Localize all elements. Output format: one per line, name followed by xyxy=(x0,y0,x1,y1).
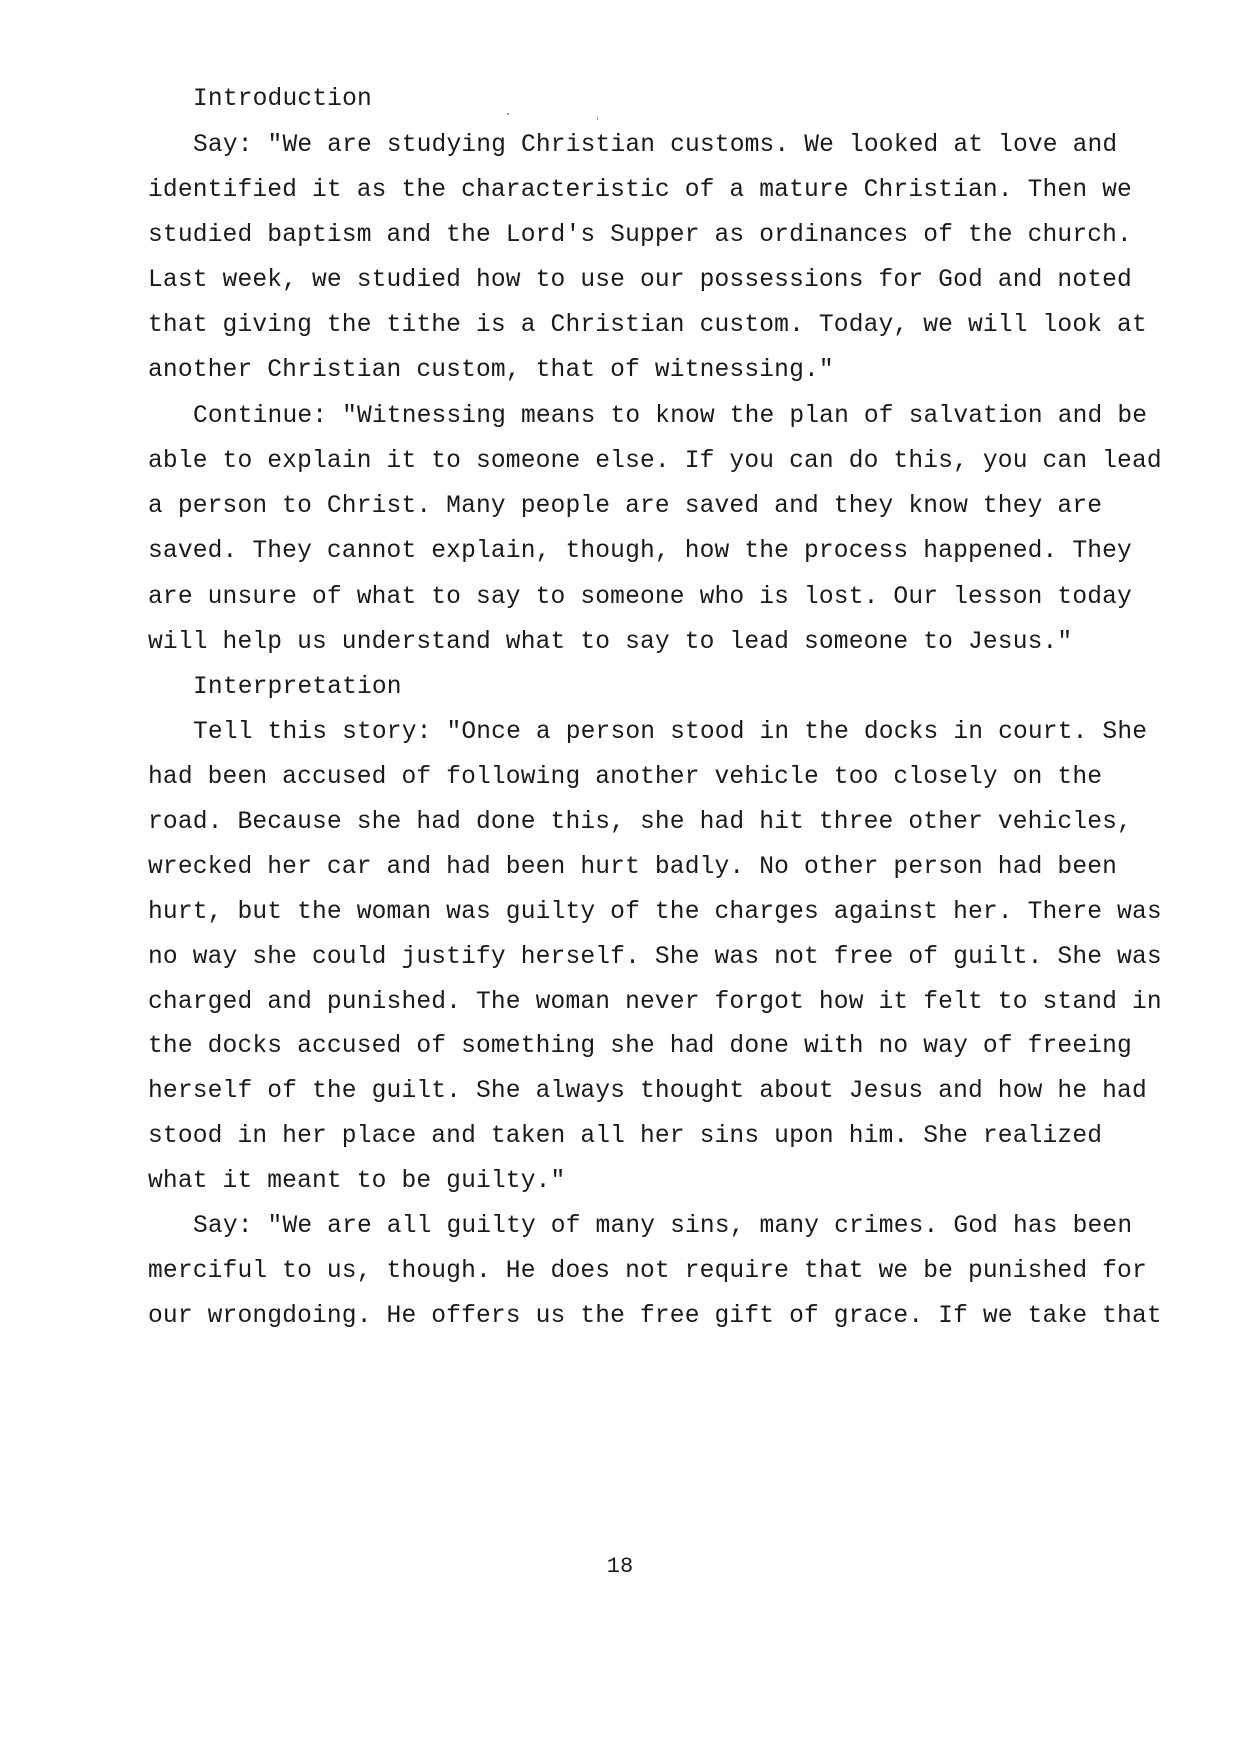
text-line: no way she could justify herself. She wa… xyxy=(148,943,1162,973)
text-line: our wrongdoing. He offers us the free gi… xyxy=(148,1302,1162,1332)
text-line: the docks accused of something she had d… xyxy=(148,1032,1132,1062)
text-line: are unsure of what to say to someone who… xyxy=(148,583,1132,613)
text-line: had been accused of following another ve… xyxy=(148,763,1102,793)
text-line: will help us understand what to say to l… xyxy=(148,628,1072,658)
text-line: Introduction xyxy=(193,85,372,115)
text-line: studied baptism and the Lord's Supper as… xyxy=(148,221,1132,251)
text-line: Continue: "Witnessing means to know the … xyxy=(193,402,1147,432)
text-line: Tell this story: "Once a person stood in… xyxy=(193,718,1147,748)
text-line: that giving the tithe is a Christian cus… xyxy=(148,311,1147,341)
text-line: identified it as the characteristic of a… xyxy=(148,176,1132,206)
document-page: IntroductionSay: "We are studying Christ… xyxy=(0,0,1240,1753)
text-line: saved. They cannot explain, though, how … xyxy=(148,537,1132,567)
text-line: Say: "We are all guilty of many sins, ma… xyxy=(193,1212,1132,1242)
text-line: road. Because she had done this, she had… xyxy=(148,808,1132,838)
text-line: Last week, we studied how to use our pos… xyxy=(148,266,1132,296)
text-line: able to explain it to someone else. If y… xyxy=(148,447,1162,477)
text-line: Say: "We are studying Christian customs.… xyxy=(193,131,1117,161)
text-line: charged and punished. The woman never fo… xyxy=(148,988,1162,1018)
text-line: herself of the guilt. She always thought… xyxy=(148,1077,1147,1107)
scan-speck xyxy=(507,113,509,115)
text-line: wrecked her car and had been hurt badly.… xyxy=(148,853,1117,883)
text-line: another Christian custom, that of witnes… xyxy=(148,356,834,386)
scan-speck xyxy=(597,117,598,120)
text-line: Interpretation xyxy=(193,673,402,703)
text-line: what it meant to be guilty." xyxy=(148,1167,565,1197)
text-line: stood in her place and taken all her sin… xyxy=(148,1122,1102,1152)
text-line: merciful to us, though. He does not requ… xyxy=(148,1257,1147,1287)
text-line: hurt, but the woman was guilty of the ch… xyxy=(148,898,1162,928)
text-line: a person to Christ. Many people are save… xyxy=(148,492,1102,522)
page-number: 18 xyxy=(0,1554,1240,1579)
